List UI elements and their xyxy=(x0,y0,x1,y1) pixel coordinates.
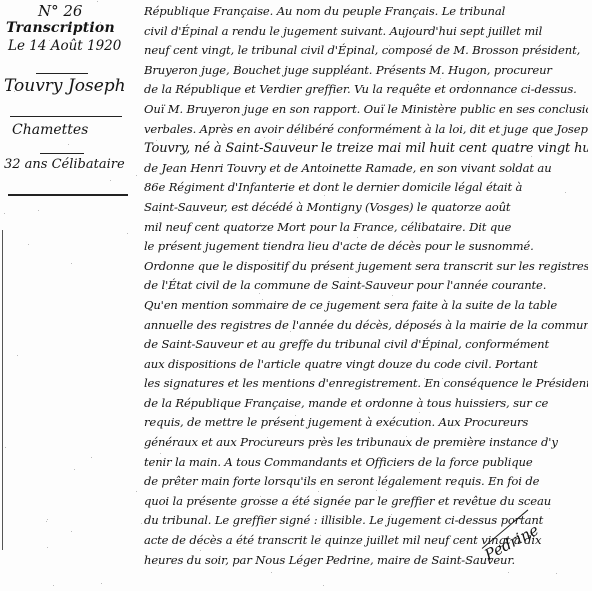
scan-speck xyxy=(323,585,324,586)
scan-speck xyxy=(239,64,240,65)
text-line: le présent jugement tiendra lieu d'acte … xyxy=(144,237,588,257)
scan-speck xyxy=(260,496,261,497)
scan-speck xyxy=(376,490,377,491)
scan-speck xyxy=(136,175,137,176)
scan-speck xyxy=(158,565,159,566)
scan-speck xyxy=(270,516,271,517)
text-line: verbales. Après en avoir délibéré confor… xyxy=(144,120,588,140)
text-line: requis, de mettre le présent jugement à … xyxy=(144,413,588,433)
scan-speck xyxy=(28,244,29,245)
scan-speck xyxy=(49,40,50,41)
scan-speck xyxy=(290,331,291,332)
scan-speck xyxy=(101,583,102,584)
scan-speck xyxy=(48,12,49,13)
scan-speck xyxy=(556,573,557,574)
scan-speck xyxy=(14,91,15,92)
text-line: les signatures et les mentions d'enregis… xyxy=(144,374,588,394)
scan-speck xyxy=(192,211,193,212)
scan-speck xyxy=(449,386,450,387)
scan-speck xyxy=(267,260,268,261)
scan-speck xyxy=(81,132,82,133)
scan-speck xyxy=(565,192,566,193)
scan-speck xyxy=(159,212,160,213)
scan-speck xyxy=(406,436,407,437)
scan-speck xyxy=(499,86,500,87)
scan-speck xyxy=(328,14,329,15)
scan-speck xyxy=(391,514,392,515)
scan-speck xyxy=(168,462,169,463)
scan-speck xyxy=(17,355,18,356)
scan-speck xyxy=(208,207,209,208)
scan-speck xyxy=(531,156,532,157)
scan-speck xyxy=(104,30,105,31)
scan-speck xyxy=(424,378,425,379)
text-line: Bruyeron juge, Bouchet juge suppléant. P… xyxy=(144,61,588,81)
document-page: N° 26 Transcription Le 14 Août 1920 Touv… xyxy=(0,0,592,591)
margin-column: N° 26 Transcription Le 14 Août 1920 Touv… xyxy=(0,0,140,591)
scan-speck xyxy=(97,1,98,2)
scan-speck xyxy=(38,210,39,211)
scan-speck xyxy=(283,245,284,246)
scan-speck xyxy=(271,572,272,573)
text-line: Ouï M. Bruyeron juge en son rapport. Ouï… xyxy=(144,100,588,120)
scan-speck xyxy=(71,531,72,532)
divider xyxy=(40,153,84,154)
text-line: Ordonne que le dispositif du présent jug… xyxy=(144,257,588,277)
scan-speck xyxy=(347,261,348,262)
text-line: annuelle des registres de l'année du déc… xyxy=(144,316,588,336)
text-line: de Jean Henri Touvry et de Antoinette Ra… xyxy=(144,159,588,179)
scan-speck xyxy=(156,140,157,141)
text-line: de Saint-Sauveur et au greffe du tribuna… xyxy=(144,335,588,355)
scan-speck xyxy=(348,277,349,278)
transcription-date: Le 14 Août 1920 xyxy=(8,38,121,54)
text-line: de la République et Verdier greffier. Vu… xyxy=(144,80,588,100)
scan-speck xyxy=(440,78,441,79)
text-line: généraux et aux Procureurs près les trib… xyxy=(144,433,588,453)
scan-speck xyxy=(369,51,370,52)
scan-speck xyxy=(398,93,399,94)
divider xyxy=(8,194,128,196)
scan-speck xyxy=(403,382,404,383)
age-status: 32 ans Célibataire xyxy=(4,157,125,172)
text-line: de prêter main forte lorsqu'ils en seron… xyxy=(144,472,588,492)
transcription-label: Transcription xyxy=(6,20,115,36)
divider xyxy=(36,73,88,74)
text-line: quoi la présente grosse a été signée par… xyxy=(144,492,588,512)
scan-speck xyxy=(4,213,5,214)
scan-speck xyxy=(100,22,101,23)
text-line: Qu'en mention sommaire de ce jugement se… xyxy=(144,296,588,316)
deceased-name: Touvry Joseph xyxy=(4,76,126,96)
scan-speck xyxy=(389,45,390,46)
text-line: neuf cent vingt, le tribunal civil d'Épi… xyxy=(144,41,588,61)
scan-speck xyxy=(318,491,319,492)
text-line: Saint-Sauveur, est décédé à Montigny (Vo… xyxy=(144,198,588,218)
text-line: tenir la main. A tous Commandants et Off… xyxy=(144,453,588,473)
scan-speck xyxy=(398,166,399,167)
scan-speck xyxy=(279,139,280,140)
text-line: République Française. Au nom du peuple F… xyxy=(144,2,588,22)
margin-vertical-line xyxy=(2,230,3,550)
text-line: 86e Régiment d'Infanterie et dont le der… xyxy=(144,178,588,198)
record-number: N° 26 xyxy=(38,2,82,20)
scan-speck xyxy=(508,572,509,573)
text-line: de l'État civil de la commune de Saint-S… xyxy=(144,276,588,296)
scan-speck xyxy=(566,112,567,113)
scan-speck xyxy=(74,469,75,470)
scan-speck xyxy=(259,293,260,294)
divider xyxy=(10,116,122,117)
scan-speck xyxy=(260,223,261,224)
scan-speck xyxy=(349,243,350,244)
scan-speck xyxy=(392,295,393,296)
scan-speck xyxy=(267,53,268,54)
scan-speck xyxy=(419,412,420,413)
scan-speck xyxy=(320,535,321,536)
text-line: Touvry, né à Saint-Sauveur le treize mai… xyxy=(144,139,588,159)
scan-speck xyxy=(46,521,47,522)
scan-speck xyxy=(166,289,167,290)
place-name: Chamettes xyxy=(12,122,88,138)
scan-speck xyxy=(110,180,111,181)
scan-speck xyxy=(68,144,69,145)
scan-speck xyxy=(324,195,325,196)
scan-speck xyxy=(136,491,137,492)
scan-speck xyxy=(442,378,443,379)
scan-speck xyxy=(71,263,72,264)
record-body-text: République Française. Au nom du peuple F… xyxy=(144,2,588,570)
text-line: de la République Française, mande et ord… xyxy=(144,394,588,414)
scan-speck xyxy=(91,457,92,458)
scan-speck xyxy=(5,447,6,448)
scan-speck xyxy=(468,81,469,82)
scan-speck xyxy=(47,547,48,548)
text-line: aux dispositions de l'article quatre vin… xyxy=(144,355,588,375)
scan-speck xyxy=(313,249,314,250)
scan-speck xyxy=(549,508,550,509)
scan-speck xyxy=(160,453,161,454)
text-line: civil d'Épinal a rendu le jugement suiva… xyxy=(144,22,588,42)
scan-speck xyxy=(524,246,525,247)
scan-speck xyxy=(127,233,128,234)
scan-speck xyxy=(53,585,54,586)
scan-speck xyxy=(262,299,263,300)
scan-speck xyxy=(357,237,358,238)
text-line: mil neuf cent quatorze Mort pour la Fran… xyxy=(144,218,588,238)
scan-speck xyxy=(537,401,538,402)
scan-speck xyxy=(295,139,296,140)
scan-speck xyxy=(248,325,249,326)
scan-speck xyxy=(466,541,467,542)
scan-speck xyxy=(295,415,296,416)
scan-speck xyxy=(200,550,201,551)
scan-speck xyxy=(332,288,333,289)
text-line: heures du soir, par Nous Léger Pedrine, … xyxy=(144,551,588,571)
scan-speck xyxy=(141,523,142,524)
scan-speck xyxy=(267,437,268,438)
scan-speck xyxy=(292,31,293,32)
scan-speck xyxy=(264,137,265,138)
